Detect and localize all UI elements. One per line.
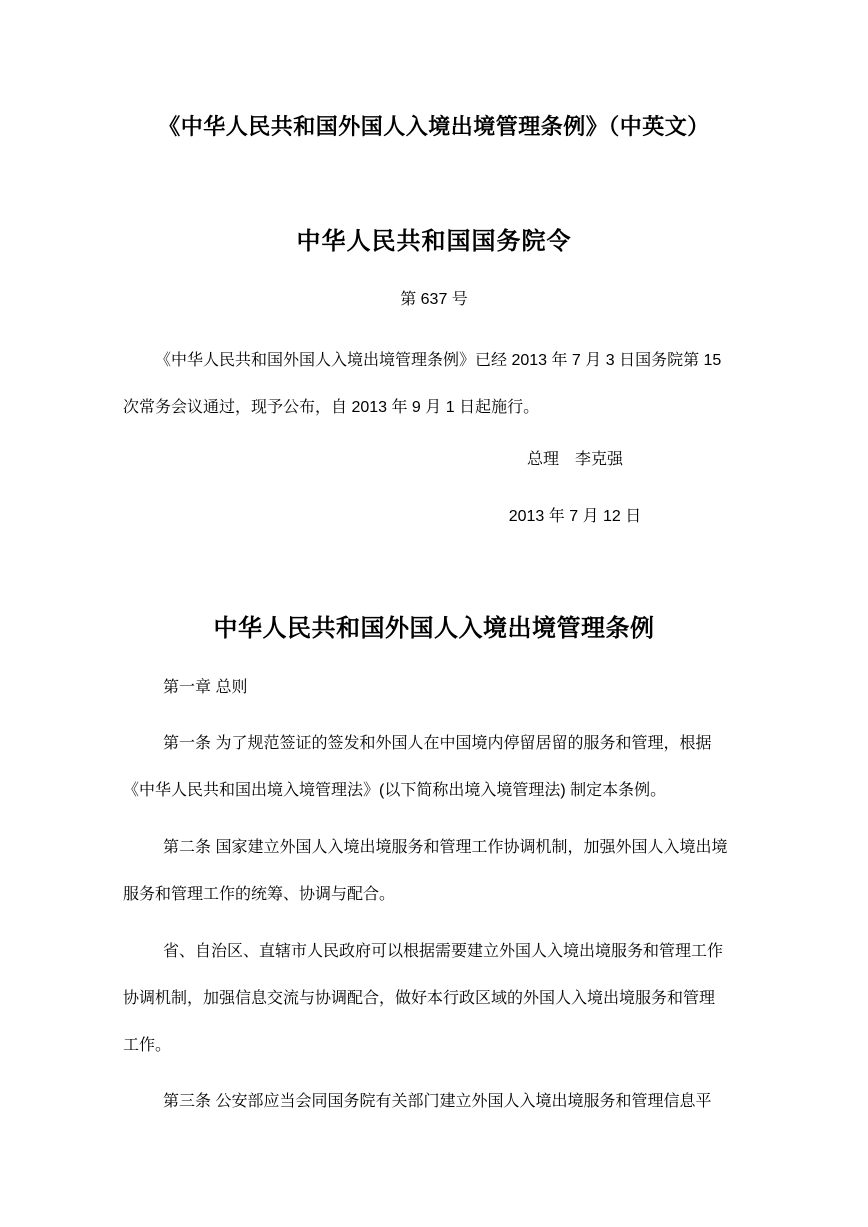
premier-signature: 总理 李克强 bbox=[425, 448, 725, 472]
article-2-continuation-paragraph: 省、自治区、直辖市人民政府可以根据需要建立外国人入境出境服务和管理工作 协调机制… bbox=[123, 928, 745, 1069]
decree-heading: 中华人民共和国国务院令 bbox=[123, 225, 745, 259]
article-line: 《中华人民共和国出境入境管理法》(以下简称出境入境管理法) 制定本条例。 bbox=[123, 767, 745, 814]
article-line: 第二条 国家建立外国人入境出境服务和管理工作协调机制，加强外国人入境出境 bbox=[123, 824, 745, 871]
article-line: 省、自治区、直辖市人民政府可以根据需要建立外国人入境出境服务和管理工作 bbox=[123, 928, 745, 975]
decree-number: 第 637 号 bbox=[123, 288, 745, 312]
document-page: 《中华人民共和国外国人入境出境管理条例》（中英文） 中华人民共和国国务院令 第 … bbox=[0, 0, 868, 1227]
article-line: 协调机制，加强信息交流与协调配合，做好本行政区域的外国人入境出境服务和管理 bbox=[123, 975, 745, 1022]
decree-body-paragraph: 《中华人民共和国外国人入境出境管理条例》已经 2013 年 7 月 3 日国务院… bbox=[123, 337, 745, 431]
article-3-paragraph: 第三条 公安部应当会同国务院有关部门建立外国人入境出境服务和管理信息平 bbox=[123, 1078, 745, 1125]
page-content: 《中华人民共和国外国人入境出境管理条例》（中英文） 中华人民共和国国务院令 第 … bbox=[0, 111, 868, 1125]
decree-body-line: 次常务会议通过，现予公布，自 2013 年 9 月 1 日起施行。 bbox=[123, 384, 745, 431]
decree-body-line: 《中华人民共和国外国人入境出境管理条例》已经 2013 年 7 月 3 日国务院… bbox=[123, 337, 745, 384]
article-line: 第三条 公安部应当会同国务院有关部门建立外国人入境出境服务和管理信息平 bbox=[123, 1078, 745, 1125]
article-2-paragraph: 第二条 国家建立外国人入境出境服务和管理工作协调机制，加强外国人入境出境 服务和… bbox=[123, 824, 745, 918]
article-line: 第一条 为了规范签证的签发和外国人在中国境内停留居留的服务和管理，根据 bbox=[123, 720, 745, 767]
article-line: 工作。 bbox=[123, 1022, 745, 1069]
regulation-heading: 中华人民共和国外国人入境出境管理条例 bbox=[123, 612, 745, 646]
document-title: 《中华人民共和国外国人入境出境管理条例》（中英文） bbox=[123, 111, 745, 143]
article-line: 服务和管理工作的统筹、协调与配合。 bbox=[123, 871, 745, 918]
chapter-one-heading: 第一章 总则 bbox=[123, 676, 745, 700]
decree-date: 2013 年 7 月 12 日 bbox=[425, 505, 725, 529]
article-1-paragraph: 第一条 为了规范签证的签发和外国人在中国境内停留居留的服务和管理，根据 《中华人… bbox=[123, 720, 745, 814]
